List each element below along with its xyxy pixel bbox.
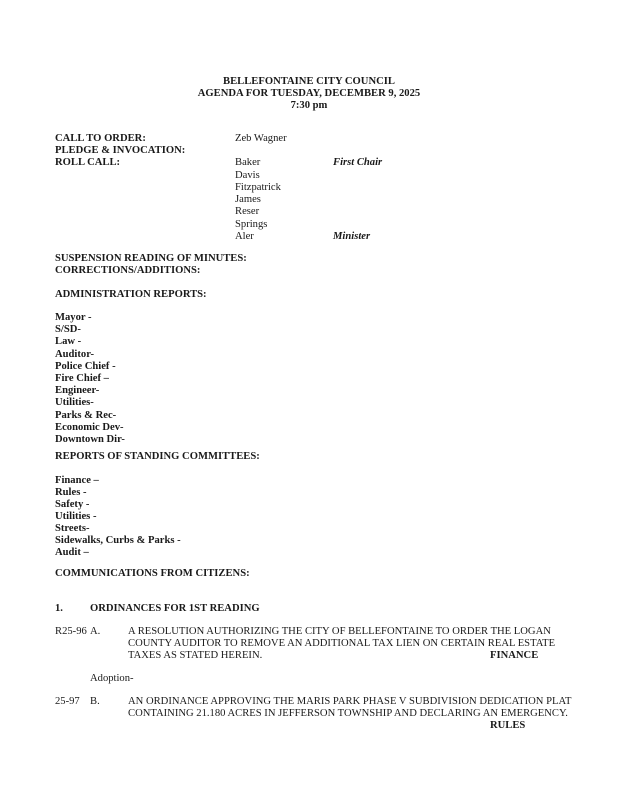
ordinance-committee: FINANCE [490,650,538,662]
admin-report-item: Fire Chief – [55,373,109,385]
roll-call-name: Fitzpatrick [235,182,281,194]
council-title: BELLEFONTAINE CITY COUNCIL [0,76,618,88]
ordinance-text-line: AN ORDINANCE APPROVING THE MARIS PARK PH… [128,696,571,708]
committee-report-item: Streets- [55,523,90,535]
ordinance-committee: RULES [490,720,525,732]
committee-report-item: Sidewalks, Curbs & Parks - [55,535,181,547]
admin-report-item: Law - [55,336,81,348]
ordinances-heading: ORDINANCES FOR 1ST READING [90,603,260,615]
roll-call-name: Baker [235,157,260,169]
ordinance-id: 25-97 [55,696,80,708]
communications-heading: COMMUNICATIONS FROM CITIZENS: [55,568,250,580]
corrections-additions: CORRECTIONS/ADDITIONS: [55,265,200,277]
admin-report-item: Utilities- [55,397,94,409]
ordinance-id: R25-96 [55,626,87,638]
committee-report-item: Finance – [55,475,99,487]
ordinance-letter: B. [90,696,100,708]
roll-call-name: James [235,194,261,206]
pledge-label: PLEDGE & INVOCATION: [55,145,185,157]
admin-report-item: S/SD- [55,324,81,336]
roll-call-name: Springs [235,219,267,231]
ordinance-note: Adoption- [90,673,134,685]
agenda-date: AGENDA FOR TUESDAY, DECEMBER 9, 2025 [0,88,618,100]
roll-call-role: Minister [333,231,370,243]
committee-report-item: Utilities - [55,511,96,523]
ordinance-text-line: CONTAINING 21.180 ACRES IN JEFFERSON TOW… [128,708,568,720]
ordinance-text-line: TAXES AS STATED HEREIN. [128,650,262,662]
suspension-minutes: SUSPENSION READING OF MINUTES: [55,253,247,265]
admin-report-item: Auditor- [55,349,94,361]
roll-call-label: ROLL CALL: [55,157,120,169]
ordinance-text-line: A RESOLUTION AUTHORIZING THE CITY OF BEL… [128,626,551,638]
ordinance-letter: A. [90,626,100,638]
ordinance-text-line: COUNTY AUDITOR TO REMOVE AN ADDITIONAL T… [128,638,555,650]
call-to-order-value: Zeb Wagner [235,133,287,145]
roll-call-name: Aler [235,231,254,243]
admin-report-item: Engineer- [55,385,99,397]
admin-report-item: Mayor - [55,312,92,324]
committee-report-item: Rules - [55,487,87,499]
call-to-order-label: CALL TO ORDER: [55,133,146,145]
admin-report-item: Parks & Rec- [55,410,116,422]
committee-report-item: Audit – [55,547,89,559]
administration-heading: ADMINISTRATION REPORTS: [55,289,207,301]
meeting-time: 7:30 pm [0,100,618,112]
roll-call-name: Reser [235,206,259,218]
committee-report-item: Safety - [55,499,89,511]
roll-call-role: First Chair [333,157,382,169]
section-number: 1. [55,603,63,615]
roll-call-name: Davis [235,170,260,182]
admin-report-item: Police Chief - [55,361,116,373]
admin-report-item: Economic Dev- [55,422,124,434]
admin-report-item: Downtown Dir- [55,434,125,446]
committees-heading: REPORTS OF STANDING COMMITTEES: [55,451,260,463]
